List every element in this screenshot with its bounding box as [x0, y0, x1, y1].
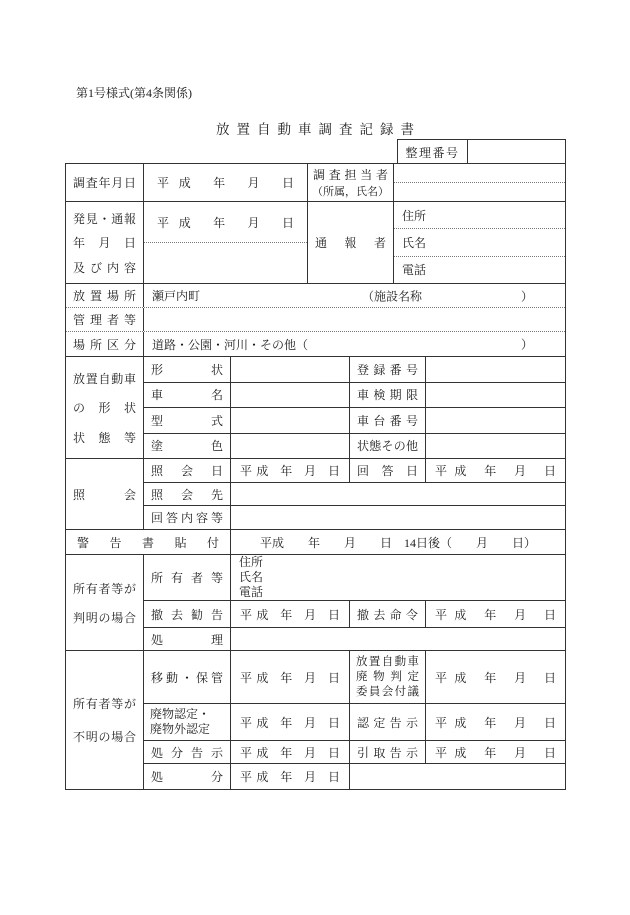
move-storage-date: 平成 年 月 日	[231, 669, 349, 686]
disposal-notice-row: 処分告示 平成 年 月 日 引取告示 平成 年 月 日	[144, 741, 565, 764]
category-label: 場所区分	[66, 336, 143, 353]
category-row: 場所区分 道路・公園・河川・その他（ ）	[66, 332, 565, 356]
reply-date-placeholder: 平成 年 月 日	[426, 462, 565, 479]
vehicle-section-line1: 放置自動車	[66, 370, 143, 387]
discovery-label-line2: 年月日	[66, 234, 143, 251]
survey-date-placeholder: 平成 年 月 日	[144, 174, 307, 191]
discovery-date-placeholder: 平成 年 月 日	[144, 214, 307, 231]
unknown-owner-label-cell: 所有者等が 不明の場合	[66, 651, 144, 789]
vehicle-rows: 形状 登録番号 車名 車検期限 型式 車台番号	[144, 357, 565, 458]
discovery-label-cell: 発見・通報 年月日 及び内容	[66, 202, 144, 283]
warning-label-cell: 警告書貼付	[66, 530, 231, 554]
facility-close-paren: ）	[521, 287, 533, 304]
waste-certification-row: 廃物認定・ 廃物外認定 平成 年 月 日 認定告示 平成 年 月 日	[144, 704, 565, 741]
vehicle-row-model: 型式 車台番号	[144, 408, 565, 434]
known-owner-section: 所有者等が 判明の場合 所有者等 住所 氏名 電話 撤去勧告 平成 年 月 日 …	[66, 555, 565, 651]
inquiry-rows: 照会日 平成 年 月 日 回答日 平成 年 月 日 照会先 回答内容等	[144, 459, 565, 529]
vehicle-section-label-cell: 放置自動車 の形状 状態等	[66, 357, 144, 458]
survey-date-label-cell: 調査年月日	[66, 164, 144, 201]
reply-date-label: 回答日	[350, 462, 425, 479]
inquiry-date-row: 照会日 平成 年 月 日 回答日 平成 年 月 日	[144, 459, 565, 483]
ref-number-box: 整理番号	[397, 139, 566, 164]
manager-label-cell: 管理者等	[66, 308, 144, 331]
vehicle-row-color: 塗色 状態その他	[144, 434, 565, 459]
warning-date-placeholder: 平成 年 月 日 14日後（ 月 日）	[231, 534, 565, 551]
discovery-content-area	[144, 243, 307, 283]
survey-date-row: 調査年月日 平成 年 月 日 調査担当者 （所属，氏名）	[66, 164, 565, 202]
reporter-label-cell: 通報者	[308, 202, 394, 283]
removal-advice-date: 平成 年 月 日	[231, 606, 349, 623]
inquiry-target-row: 照会先	[144, 483, 565, 507]
place-row: 放置場所 瀬戸内町 （施設名称 ）	[66, 284, 565, 308]
removal-order-date: 平成 年 月 日	[426, 606, 565, 623]
manager-row: 管理者等	[66, 308, 565, 332]
ref-number-value-cell	[468, 140, 565, 164]
condition-other-value-cell	[426, 434, 565, 459]
unknown-owner-line1: 所有者等が	[66, 695, 143, 712]
car-name-value-cell	[231, 383, 350, 408]
committee-line1: 放置自動車	[356, 655, 419, 670]
inspection-deadline-label: 車検期限	[350, 386, 425, 403]
certification-notice-label: 認定告示	[350, 714, 425, 731]
manager-value-cell	[144, 308, 565, 331]
investigator-sublabel: （所属，氏名）	[308, 183, 393, 199]
known-owner-line1: 所有者等が	[66, 580, 143, 597]
location-rows: 放置場所 瀬戸内町 （施設名称 ） 管理者等 場所区分 道路・	[66, 284, 565, 357]
disposal-notice-date: 平成 年 月 日	[231, 744, 349, 761]
move-storage-row: 移動・保管 平成 年 月 日 放置自動車 廃物判定 委員会付議 平成 年 月 日	[144, 651, 565, 704]
inquiry-target-value-cell	[231, 483, 565, 506]
owner-address-label: 住所	[239, 555, 565, 570]
waste-certification-label-cell: 廃物認定・ 廃物外認定	[144, 704, 231, 740]
unknown-owner-rows: 移動・保管 平成 年 月 日 放置自動車 廃物判定 委員会付議 平成 年 月 日…	[144, 651, 565, 789]
removal-order-label: 撤去命令	[350, 606, 425, 623]
ref-number-label: 整理番号	[398, 140, 468, 164]
warning-label: 警告書貼付	[66, 534, 230, 551]
vehicle-section-line3: 状態等	[66, 429, 143, 446]
reporter-label: 通報者	[308, 234, 393, 251]
place-label-cell: 放置場所	[66, 284, 144, 307]
category-close-paren: ）	[521, 336, 533, 353]
shape-value-cell	[231, 357, 350, 382]
model-value-cell	[231, 408, 350, 433]
investigator-line-1	[394, 164, 565, 183]
shape-label: 形状	[144, 361, 230, 378]
waste-certification-date: 平成 年 月 日	[231, 714, 349, 731]
model-label: 型式	[144, 412, 230, 429]
known-owner-line2: 判明の場合	[66, 609, 143, 626]
investigator-label-cell: 調査担当者 （所属，氏名）	[308, 164, 394, 201]
vehicle-row-name: 車名 車検期限	[144, 383, 565, 409]
final-disposal-row: 処分 平成 年 月 日	[144, 764, 565, 789]
unknown-owner-section: 所有者等が 不明の場合 移動・保管 平成 年 月 日 放置自動車 廃物判定 委員…	[66, 651, 565, 789]
pickup-notice-date: 平成 年 月 日	[426, 744, 565, 761]
place-label: 放置場所	[66, 287, 143, 304]
inquiry-content-row: 回答内容等	[144, 506, 565, 529]
warning-value-cell: 平成 年 月 日 14日後（ 月 日）	[231, 530, 565, 554]
reporter-info-cell: 住所 氏名 電話	[394, 202, 565, 283]
investigator-label: 調査担当者	[308, 166, 393, 183]
owner-name-label: 氏名	[239, 570, 565, 585]
waste-cert-line2: 廃物外認定	[150, 722, 224, 737]
form-page: 第1号様式(第4条関係) 放置自動車調査記録書 整理番号 調査年月日 平成 年 …	[0, 0, 630, 915]
discovery-report-row: 発見・通報 年月日 及び内容 平成 年 月 日 通報者 住所 氏名 電話	[66, 202, 565, 284]
reply-content-label: 回答内容等	[144, 509, 230, 526]
committee-date: 平成 年 月 日	[426, 669, 565, 686]
reporter-address-label: 住所	[394, 202, 565, 229]
processing-label: 処理	[144, 631, 230, 648]
removal-advice-label: 撤去勧告	[144, 606, 230, 623]
vehicle-row-shape: 形状 登録番号	[144, 357, 565, 383]
investigator-line-2	[394, 183, 565, 201]
discovery-date-cell: 平成 年 月 日	[144, 202, 308, 283]
owner-label: 所有者等	[144, 569, 230, 586]
category-value-cell: 道路・公園・河川・その他（ ）	[144, 332, 565, 356]
unknown-owner-line2: 不明の場合	[66, 728, 143, 745]
registration-number-value-cell	[426, 357, 565, 382]
survey-date-value-cell: 平成 年 月 日	[144, 164, 308, 201]
committee-line3: 委員会付議	[356, 685, 419, 700]
pickup-notice-label: 引取告示	[350, 744, 425, 761]
condition-other-label: 状態その他	[350, 437, 425, 454]
reply-content-value-cell	[231, 506, 565, 529]
committee-line2: 廃物判定	[356, 670, 419, 685]
chassis-number-label: 車台番号	[350, 412, 425, 429]
final-disposal-extra-cell	[350, 764, 565, 789]
registration-number-label: 登録番号	[350, 361, 425, 378]
place-value-cell: 瀬戸内町 （施設名称 ）	[144, 284, 565, 307]
discovery-label-line3: 及び内容	[66, 259, 143, 276]
processing-row: 処理	[144, 628, 565, 651]
reporter-phone-label: 電話	[394, 257, 565, 283]
survey-date-label: 調査年月日	[66, 174, 143, 191]
category-label-cell: 場所区分	[66, 332, 144, 356]
owner-info-cell: 住所 氏名 電話	[231, 555, 565, 600]
owner-phone-label: 電話	[239, 585, 565, 600]
warning-row: 警告書貼付 平成 年 月 日 14日後（ 月 日）	[66, 530, 565, 555]
owner-info-row: 所有者等 住所 氏名 電話	[144, 555, 565, 601]
disposal-notice-label: 処分告示	[144, 744, 230, 761]
paint-color-label: 塗色	[144, 437, 230, 454]
place-value: 瀬戸内町	[144, 287, 565, 304]
certification-notice-date: 平成 年 月 日	[426, 714, 565, 731]
facility-name-label: （施設名称	[362, 287, 422, 304]
waste-cert-line1: 廃物認定・	[150, 707, 224, 722]
paint-color-value-cell	[231, 434, 350, 459]
investigator-value-cell	[394, 164, 565, 201]
discovery-label-line1: 発見・通報	[66, 210, 143, 227]
vehicle-section-line2: の形状	[66, 399, 143, 416]
manager-label: 管理者等	[66, 311, 143, 328]
inquiry-date-placeholder: 平成 年 月 日	[231, 462, 349, 479]
removal-advice-row: 撤去勧告 平成 年 月 日 撤去命令 平成 年 月 日	[144, 601, 565, 628]
category-options: 道路・公園・河川・その他（	[144, 336, 565, 353]
reporter-name-label: 氏名	[394, 229, 565, 256]
final-disposal-label: 処分	[144, 768, 230, 785]
inquiry-date-label: 照会日	[144, 462, 230, 479]
final-disposal-date: 平成 年 月 日	[231, 768, 349, 785]
form-table: 調査年月日 平成 年 月 日 調査担当者 （所属，氏名） 発見・通報 年月日 及…	[65, 163, 566, 790]
known-owner-rows: 所有者等 住所 氏名 電話 撤去勧告 平成 年 月 日 撤去命令 平成 年 月 …	[144, 555, 565, 650]
inquiry-target-label: 照会先	[144, 486, 230, 503]
known-owner-label-cell: 所有者等が 判明の場合	[66, 555, 144, 650]
car-name-label: 車名	[144, 386, 230, 403]
inquiry-section: 照会 照会日 平成 年 月 日 回答日 平成 年 月 日 照会先 回答内容等	[66, 459, 565, 530]
form-number: 第1号様式(第4条関係)	[76, 84, 192, 101]
page-title: 放置自動車調査記録書	[0, 118, 630, 138]
discovery-date-top: 平成 年 月 日	[144, 202, 307, 243]
move-storage-label: 移動・保管	[144, 669, 230, 686]
committee-label-cell: 放置自動車 廃物判定 委員会付議	[350, 651, 426, 703]
inquiry-section-label: 照会	[66, 486, 143, 503]
inquiry-section-label-cell: 照会	[66, 459, 144, 529]
inspection-deadline-value-cell	[426, 383, 565, 408]
chassis-number-value-cell	[426, 408, 565, 433]
vehicle-section: 放置自動車 の形状 状態等 形状 登録番号 車名 車検期限 型	[66, 357, 565, 459]
processing-value-cell	[231, 628, 565, 651]
